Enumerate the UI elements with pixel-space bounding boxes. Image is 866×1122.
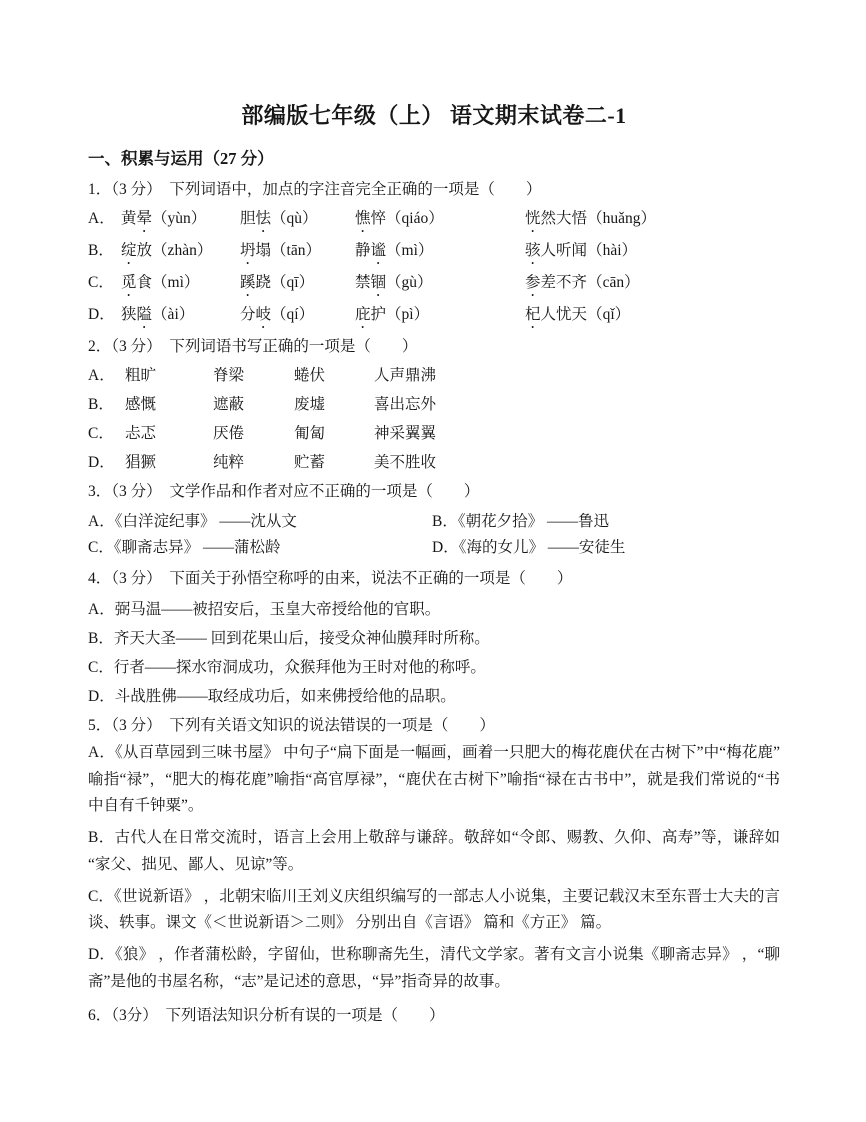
q1-option-c: C． 觅食（mì） 蹊跷（qī） 禁锢（gù） 参差不齐（cān） [88, 268, 780, 300]
q2-option-c: C． 忐忑 厌倦 匍匐 神采翼翼 [88, 419, 780, 448]
option-text: 《白洋淀纪事》 ——沈从文 [115, 513, 297, 530]
exam-paper-page: 部编版七年级（上） 语文期末试卷二-1 一、积累与运用（27 分） 1．（3 分… [0, 0, 866, 1122]
question-5-stem: 5．（3 分） 下列有关语文知识的说法错误的一项是（ ） [88, 711, 780, 740]
q4-option-a: A．弼马温——被招安后，玉皇大帝授给他的官职。 [88, 595, 780, 624]
word-cell: 贮蓄 [294, 448, 374, 477]
question-6: 6．（3分） 下列语法知识分析有误的一项是（ ） [88, 1001, 780, 1030]
option-label: B． [88, 236, 121, 268]
word-cell: 静谧（mì） [355, 236, 525, 268]
word-cell: 感慨 [125, 390, 213, 419]
option-label: A． [88, 204, 121, 236]
q3-options: A．《白洋淀纪事》 ——沈从文 B．《朝花夕拾》 ——鲁迅 C．《聊斋志异》 —… [88, 509, 780, 561]
question-2-stem: 2．（3 分） 下列词语书写正确的一项是（ ） [88, 332, 780, 361]
q5-option-c: C．《世说新语》 ，北朝宋临川王刘义庆组织编写的一部志人小说集，主要记载汉末至东… [88, 884, 780, 937]
word-cell: 美不胜收 [374, 448, 780, 477]
q3-option-a: A．《白洋淀纪事》 ——沈从文 [88, 509, 432, 535]
q3-row-1: A．《白洋淀纪事》 ——沈从文 B．《朝花夕拾》 ——鲁迅 [88, 509, 780, 535]
word-cell: 脊梁 [213, 361, 294, 390]
question-4: 4．（3 分） 下面关于孙悟空称呼的由来，说法不正确的一项是（ ） A．弼马温—… [88, 564, 780, 711]
q5-option-b: B．古代人在日常交流时，语言上会用上敬辞与谦辞。敬辞如“令郎、赐教、久仰、高寿”… [88, 825, 780, 878]
word-cell: 憔悴（qiáo） [355, 204, 525, 236]
option-text: 《聊斋志异》 ——蒲松龄 [114, 539, 281, 556]
option-label: D． [88, 300, 121, 332]
option-label: C． [88, 419, 125, 448]
question-5: 5．（3 分） 下列有关语文知识的说法错误的一项是（ ） A．《从百草园到三味书… [88, 711, 780, 995]
word-cell: 绽放（zhàn） [121, 236, 240, 268]
word-cell: 恍然大悟（huǎng） [525, 204, 780, 236]
page-title: 部编版七年级（上） 语文期末试卷二-1 [88, 0, 780, 131]
question-4-stem: 4．（3 分） 下面关于孙悟空称呼的由来，说法不正确的一项是（ ） [88, 564, 780, 593]
q2-option-a: A． 粗旷 脊梁 蜷伏 人声鼎沸 [88, 361, 780, 390]
q2-option-d: D． 猖獗 纯粹 贮蓄 美不胜收 [88, 448, 780, 477]
option-label: D． [432, 539, 459, 556]
q3-row-2: C．《聊斋志异》 ——蒲松龄 D．《海的女儿》 ——安徒生 [88, 535, 780, 561]
q4-option-d: D．斗战胜佛——取经成功后，如来佛授给他的品职。 [88, 682, 780, 711]
question-6-stem: 6．（3分） 下列语法知识分析有误的一项是（ ） [88, 1001, 780, 1030]
q5-option-a: A．《从百草园到三味书屋》 中句子“扁下面是一幅画，画着一只肥大的梅花鹿伏在古树… [88, 740, 780, 820]
q2-option-b: B． 感慨 遮蔽 废墟 喜出忘外 [88, 390, 780, 419]
q4-option-b: B．齐天大圣—— 回到花果山后，接受众神仙膜拜时所称。 [88, 624, 780, 653]
option-label: B． [432, 513, 458, 530]
q1-option-d: D． 狭隘（ài） 分岐（qí） 庇护（pì） 杞人忧天（qǐ） [88, 300, 780, 332]
q4-options: A．弼马温——被招安后，玉皇大帝授给他的官职。 B．齐天大圣—— 回到花果山后，… [88, 595, 780, 711]
word-cell: 神采翼翼 [374, 419, 780, 448]
word-cell: 参差不齐（cān） [525, 268, 780, 300]
q4-option-c: C．行者——探水帘洞成功，众猴拜他为王时对他的称呼。 [88, 653, 780, 682]
word-cell: 猖獗 [125, 448, 213, 477]
word-cell: 庇护（pì） [355, 300, 525, 332]
q5-option-d: D．《狼》 ，作者蒲松龄，字留仙，世称聊斋先生，清代文学家。著有文言小说集《聊斋… [88, 942, 780, 995]
option-text: 《海的女儿》 ——安徒生 [459, 539, 626, 556]
question-1-stem: 1．（3 分） 下列词语中，加点的字注音完全正确的一项是（ ） [88, 175, 780, 204]
q3-option-b: B．《朝花夕拾》 ——鲁迅 [432, 509, 780, 535]
word-cell: 遮蔽 [213, 390, 294, 419]
q3-option-d: D．《海的女儿》 ——安徒生 [432, 535, 780, 561]
q3-option-c: C．《聊斋志异》 ——蒲松龄 [88, 535, 432, 561]
section-heading: 一、积累与运用（27 分） [88, 148, 780, 169]
word-cell: 禁锢（gù） [355, 268, 525, 300]
word-cell: 厌倦 [213, 419, 294, 448]
option-label: C． [88, 539, 114, 556]
word-cell: 喜出忘外 [374, 390, 780, 419]
option-label: C． [88, 268, 121, 300]
option-text: 《朝花夕拾》 ——鲁迅 [458, 513, 609, 530]
option-label: B． [88, 390, 125, 419]
word-cell: 狭隘（ài） [121, 300, 240, 332]
word-cell: 粗旷 [125, 361, 213, 390]
word-cell: 人声鼎沸 [374, 361, 780, 390]
word-cell: 黄晕（yùn） [121, 204, 240, 236]
word-cell: 忐忑 [125, 419, 213, 448]
word-cell: 废墟 [294, 390, 374, 419]
word-cell: 蹊跷（qī） [240, 268, 355, 300]
word-cell: 匍匐 [294, 419, 374, 448]
word-cell: 坍塌（tān） [240, 236, 355, 268]
q1-option-a: A． 黄晕（yùn） 胆怯（qù） 憔悴（qiáo） 恍然大悟（huǎng） [88, 204, 780, 236]
question-2: 2．（3 分） 下列词语书写正确的一项是（ ） A． 粗旷 脊梁 蜷伏 人声鼎沸… [88, 332, 780, 477]
option-label: D． [88, 448, 125, 477]
page-content: 部编版七年级（上） 语文期末试卷二-1 一、积累与运用（27 分） 1．（3 分… [0, 0, 866, 1030]
option-label: A． [88, 361, 125, 390]
word-cell: 骇人听闻（hài） [525, 236, 780, 268]
word-cell: 杞人忧天（qǐ） [525, 300, 780, 332]
word-cell: 胆怯（qù） [240, 204, 355, 236]
word-cell: 分岐（qí） [240, 300, 355, 332]
word-cell: 蜷伏 [294, 361, 374, 390]
q1-option-b: B． 绽放（zhàn） 坍塌（tān） 静谧（mì） 骇人听闻（hài） [88, 236, 780, 268]
question-3-stem: 3．（3 分） 文学作品和作者对应不正确的一项是（ ） [88, 477, 780, 506]
word-cell: 纯粹 [213, 448, 294, 477]
question-3: 3．（3 分） 文学作品和作者对应不正确的一项是（ ） A．《白洋淀纪事》 ——… [88, 477, 780, 561]
option-label: A． [88, 513, 115, 530]
word-cell: 觅食（mì） [121, 268, 240, 300]
question-1: 1．（3 分） 下列词语中，加点的字注音完全正确的一项是（ ） A． 黄晕（yù… [88, 175, 780, 332]
